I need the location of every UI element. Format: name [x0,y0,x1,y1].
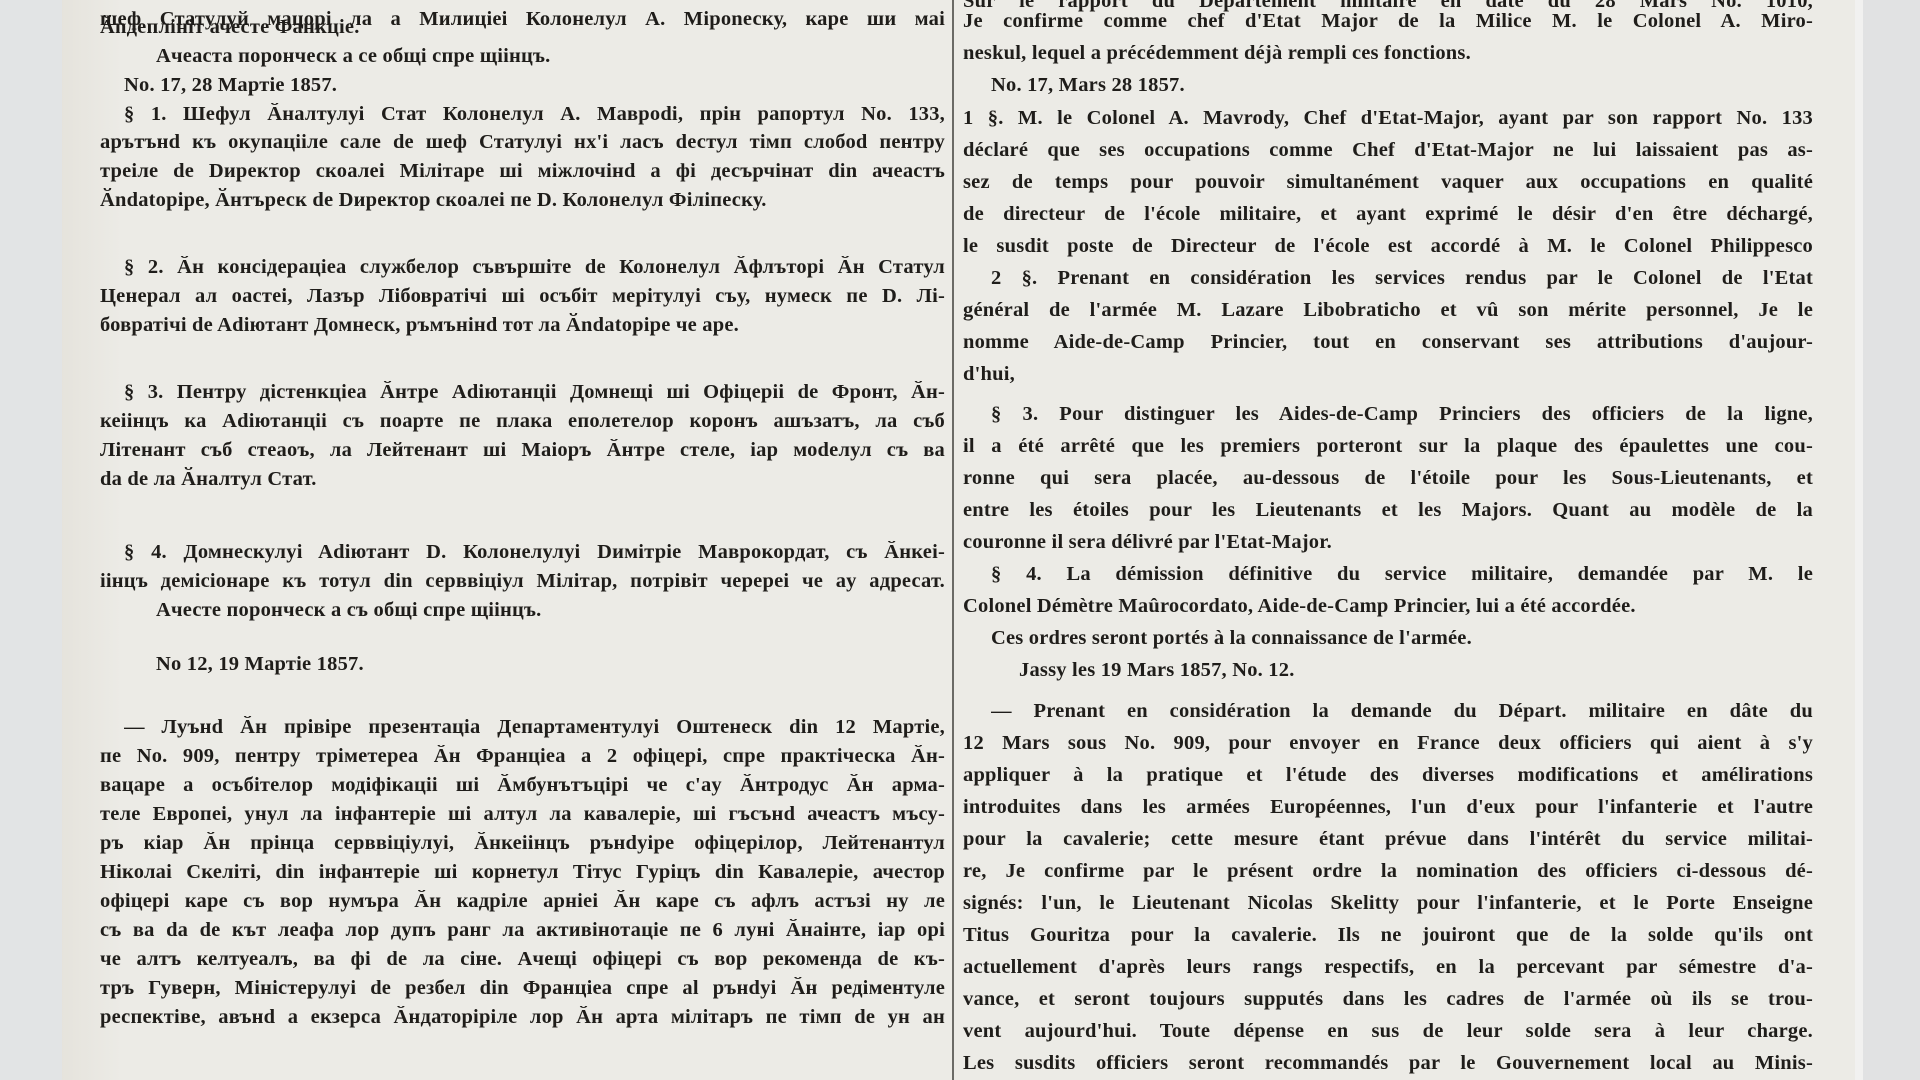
right-column-text-line: Colonel Démètre Maûrocordato, Aide-de-Ca… [963,595,1636,618]
left-column-text-line: че алтъ келтуеалъ, ва фi de ла сiне. Аче… [100,948,945,974]
right-column-text-line: 12 Mars sous No. 909, pour envoyer en Fr… [963,732,1813,758]
left-column-text-line: пе No. 909, пентру трiмeтерea Ӑн Францiе… [100,745,945,771]
right-column-text-line: couronne il sera délivré par l'Etat-Majo… [963,531,1332,554]
left-column-text-line: вацаре а осъбiтелор модiфiкацii шi Ӑмбун… [100,774,945,800]
right-column-text-line: — Prenant en considération la demande du… [991,700,1813,726]
right-column-text-line: d'hui, [963,363,1015,386]
left-column-text-line: тръ Гуверн, Мiнiстерулуi de резбел din Ф… [100,977,945,1003]
column-divider [952,0,954,1080]
right-column-text-line: re, Je confirme par le présent ordre la … [963,860,1813,886]
left-column-text-line: No. 17, 28 Мартiе 1857. [124,74,337,97]
right-column-text-line: Les susdits officiers seront recommandés… [963,1052,1813,1078]
right-column-text-line: sez de temps pour pouvoir simultanément … [963,171,1813,197]
right-column-text-line: 1 §. M. le Colonel A. Mavrody, Chef d'Et… [963,107,1813,133]
right-column-text-line: nomme Aide-de-Camp Princier, tout en con… [963,331,1813,357]
left-column-text-line: § 3. Пентру дiстенкцiеа Ӑнтре Adiютанцii… [124,381,945,407]
left-column-text-line: теле Европеi, унул ла iнфантерiе шi алту… [100,803,945,829]
left-column-text-line: съ ва da de кът леафа лор дупъ ранг ла а… [100,919,945,945]
left-column-text-line: § 1. Шефул Ӑналтулуi Стат Колонелул А. М… [124,103,945,129]
right-gray-margin [1855,0,1920,1080]
right-column-text-line: vent aujourd'hui. Toute dépense en sus d… [963,1020,1813,1046]
left-column-text-line: Ачесте поронческ а съ общi спре щiiнцъ. [156,599,542,622]
right-column-text-line: 2 §. Prenant en considération les servic… [991,267,1813,293]
right-column-text-line: vance, et seront toujours supputés dans … [963,988,1813,1014]
left-column-text-line: — Лyънd Ӑн прiвiре презентацiа Департаме… [124,716,945,742]
right-column-text-line: déclaré que ses occupations comme Chef d… [963,139,1813,165]
left-column-text-line: ръ кiар Ӑн прiнца серввiцiулуi, Ӑнкеiiнц… [100,832,945,858]
left-column-text-line: респектiве, авънd а екзерса Ӑндаторiрiле… [100,1006,945,1032]
right-column-text-line: ronne qui sera placée, au-dessous de l'é… [963,467,1813,493]
left-column-text-line: Ӑnдеплiнiт ачесте Фанкцiе. [100,16,360,39]
left-column-text-line: треiле de Dиректор скоалеi Мiлiтаре шi м… [100,160,945,186]
left-column-text-line: No 12, 19 Мартiе 1857. [156,653,364,676]
right-column-text-line: No. 17, Mars 28 1857. [991,74,1185,97]
right-column-text-line: le susdit poste de Directeur de l'école … [963,235,1813,261]
right-column-text-line: de directeur de l'école militaire, et ay… [963,203,1813,229]
left-column-text-line: бовратiчi de Adiютант Домнеск, ръмънiнd … [100,314,739,337]
right-column-text-line: § 3. Pour distinguer les Aides-de-Camp P… [991,403,1813,429]
left-column-text-line: кеiiнцъ ка Adiютанцii съ поарте пе плака… [100,410,945,436]
left-gray-margin [0,0,63,1080]
left-column-text-line: офiцерi каре съ вор нумъра Ӑн кадрiле ар… [100,890,945,916]
right-column-text-line: il a été arrêté que les premiers portero… [963,435,1813,461]
right-column-text-line: actuellement d'après leurs rangs respect… [963,956,1813,982]
left-column-text-line: арътънd къ окупацiiле сале de шеф Статул… [100,131,945,157]
right-column-text-line: entre les étoiles pour les Lieutenants e… [963,499,1813,525]
left-column-text-line: Ӑndatopiре, Ӑнтъреск de Dиректор скоалеi… [100,189,767,212]
right-column-text-line: Jassy les 19 Mars 1857, No. 12. [1019,659,1295,682]
left-column-text-line: Нiколаi Скелiтi, din iнфантерiе шi корне… [100,861,945,887]
right-column-text-line: Titus Gouritza pour la cavalerie. Ils ne… [963,924,1813,950]
right-column-text-line: introduites dans les armées Européennes,… [963,796,1813,822]
left-column-text-line: Ценерал ал оастеi, Лазър Лiбовратiчi шi … [100,285,945,311]
right-column-text-line: neskul, lequel a précédemment déjà rempl… [963,42,1471,65]
left-column-text-line: iiнцъ демiсiонаре къ тотул din серввiцiу… [100,570,945,596]
right-column-text-line: Je confirme comme chef d'Etat Major de l… [963,10,1813,36]
left-column-text-line: da de ла Ӑналтул Стат. [100,468,317,491]
right-column-text-line: pour la cavalerie; cette mesure étant pr… [963,828,1813,854]
left-column-text-line: Лiтенант съб стеаоъ, ла Лейтенант шi Маi… [100,439,945,465]
right-column-text-line: général de l'armée M. Lazare Libobratich… [963,299,1813,325]
right-column-text-line: signés: l'un, le Lieutenant Nicolas Skel… [963,892,1813,918]
right-column-text-line: appliquer à la pratique et l'étude des d… [963,764,1813,790]
right-column-text-line: Ces ordres seront portés à la connaissan… [991,627,1472,650]
left-column-text-line: § 4. Домнескулуi Adiютант D. Колонелулуi… [124,541,945,567]
left-column-text-line: § 2. Ӑн консiдерацiеа службелор съвършiт… [124,256,945,282]
left-column-text-line: Ачеаста поронческ а се общi спре щiiнцъ. [156,45,551,68]
right-column-text-line: § 4. La démission définitive du service … [991,563,1813,589]
